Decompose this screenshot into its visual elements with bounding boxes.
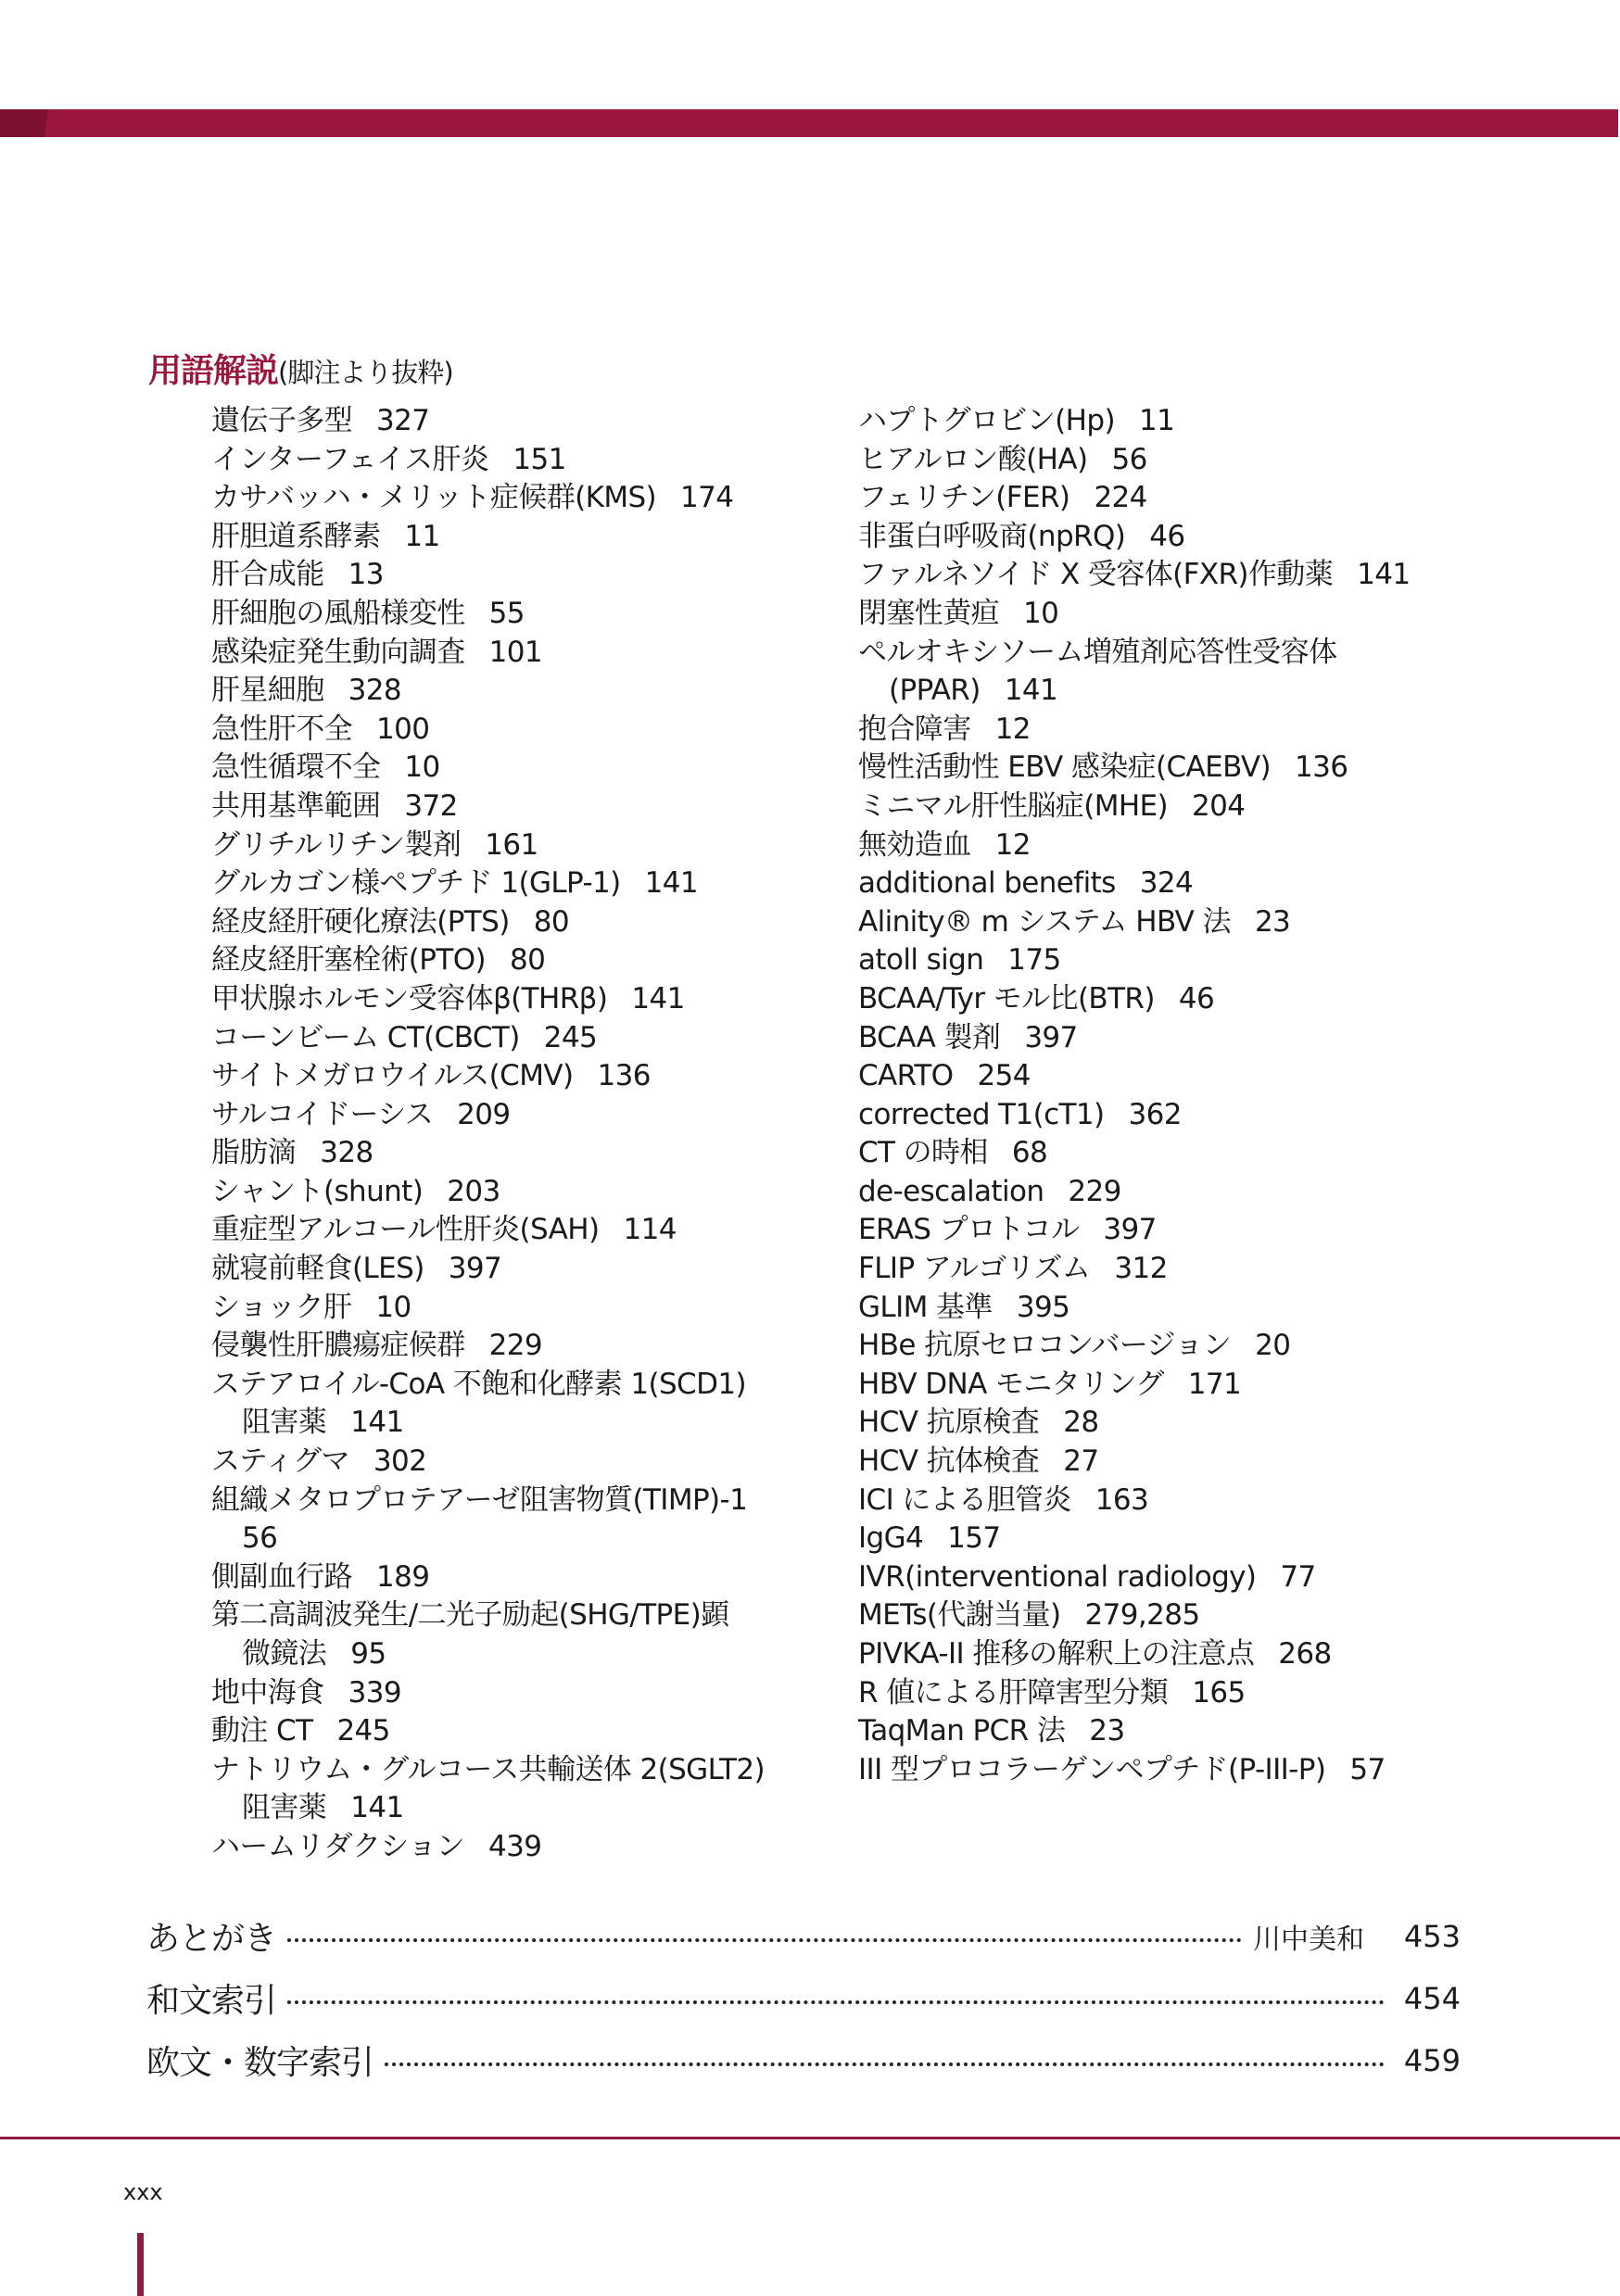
glossary-entry[interactable]: 側副血行路189 xyxy=(211,1558,842,1597)
entry-page: 157 xyxy=(947,1521,1000,1555)
dot-leader xyxy=(385,2063,1385,2066)
glossary-entry[interactable]: 侵襲性肝膿瘍症候群229 xyxy=(211,1327,842,1366)
entry-page: 395 xyxy=(1017,1291,1069,1324)
entry-term: 侵襲性肝膿瘍症候群 xyxy=(211,1329,465,1362)
glossary-entry[interactable]: de-escalation229 xyxy=(858,1173,1507,1212)
toc-page: 453 xyxy=(1396,1919,1461,1954)
entry-page: 10 xyxy=(404,751,439,784)
glossary-entry[interactable]: サルコイドーシス209 xyxy=(211,1096,842,1135)
entry-page: 141 xyxy=(350,1791,403,1824)
glossary-entry[interactable]: BCAA/Tyr モル比(BTR)46 xyxy=(858,980,1507,1019)
entry-page: 224 xyxy=(1094,481,1146,514)
glossary-entry[interactable]: グリチルリチン製剤161 xyxy=(211,826,842,865)
glossary-entry[interactable]: III 型プロコラーゲンペプチド(P-III-P)57 xyxy=(858,1751,1507,1790)
dot-leader xyxy=(287,1938,1242,1942)
toc-author: 川中美和 xyxy=(1253,1916,1364,1957)
entry-term: コーンビーム CT(CBCT) xyxy=(211,1021,520,1054)
entry-term: atoll sign xyxy=(858,943,983,977)
entry-term: METs(代謝当量) xyxy=(858,1598,1060,1632)
glossary-entry[interactable]: ICI による胆管炎163 xyxy=(858,1482,1507,1520)
entry-term: CT の時相 xyxy=(858,1136,988,1169)
entry-term: 慢性活動性 EBV 感染症(CAEBV) xyxy=(858,751,1271,784)
glossary-entry[interactable]: ミニマル肝性脳症(MHE)204 xyxy=(858,788,1507,826)
glossary-entry[interactable]: R 値による肝障害型分類165 xyxy=(858,1674,1507,1713)
glossary-entry[interactable]: HCV 抗原検査28 xyxy=(858,1404,1507,1443)
entry-term: 側副血行路 xyxy=(211,1560,352,1594)
entry-term: シャント(shunt) xyxy=(211,1175,423,1208)
glossary-entry[interactable]: 非蛋白呼吸商(npRQ)46 xyxy=(858,518,1507,557)
glossary-entry[interactable]: グルカゴン様ペプチド 1(GLP-1)141 xyxy=(211,864,842,903)
entry-term: ICI による胆管炎 xyxy=(858,1483,1071,1517)
entry-term: HCV 抗原検査 xyxy=(858,1406,1039,1439)
toc-label: あとがき xyxy=(146,1912,276,1960)
glossary-entry[interactable]: 肝胆道系酵素11 xyxy=(211,518,842,557)
entry-term: ハームリダクション xyxy=(211,1830,464,1863)
entry-continuation: 阻害薬141 xyxy=(211,1404,842,1443)
entry-term: ERAS プロトコル xyxy=(858,1213,1079,1246)
entry-page: 171 xyxy=(1188,1368,1241,1401)
entry-page: 77 xyxy=(1280,1560,1315,1594)
glossary-entry[interactable]: 就寝前軽食(LES)397 xyxy=(211,1250,842,1289)
header-bar-accent xyxy=(0,109,48,137)
entry-term: ファルネソイド X 受容体(FXR)作動薬 xyxy=(858,558,1333,591)
entry-term: スティグマ xyxy=(211,1444,349,1478)
entry-page: 114 xyxy=(624,1213,677,1246)
section-title: 用語解説 xyxy=(148,352,278,390)
entry-term: R 値による肝障害型分類 xyxy=(858,1676,1168,1709)
entry-term: PIVKA-II 推移の解釈上の注意点 xyxy=(858,1637,1254,1671)
entry-page: 327 xyxy=(376,404,429,437)
entry-term: カサバッハ・メリット症候群(KMS) xyxy=(211,481,656,514)
entry-term: サルコイドーシス xyxy=(211,1098,433,1131)
entry-term: 肝胆道系酵素 xyxy=(211,520,380,553)
section-heading: 用語解説(脚注より抜粋) xyxy=(148,345,453,392)
glossary-entry[interactable]: CT の時相68 xyxy=(858,1134,1507,1173)
entry-page: 141 xyxy=(1357,558,1410,591)
entry-page: 203 xyxy=(447,1175,500,1208)
toc-item-japanese-index[interactable]: 和文索引 454 xyxy=(146,1967,1461,2029)
entry-term: 非蛋白呼吸商(npRQ) xyxy=(858,520,1125,553)
entry-page: 339 xyxy=(348,1676,401,1709)
entry-page: 328 xyxy=(348,674,401,707)
entry-continuation: 56 xyxy=(211,1520,842,1558)
glossary-entry[interactable]: IgG4157 xyxy=(858,1520,1507,1558)
glossary-entry[interactable]: 慢性活動性 EBV 感染症(CAEBV)136 xyxy=(858,749,1507,788)
entry-page: 174 xyxy=(680,481,733,514)
entry-page: 279,285 xyxy=(1084,1598,1199,1632)
entry-term: 肝星細胞 xyxy=(211,674,324,707)
entry-page: 439 xyxy=(488,1830,541,1863)
entry-page: 101 xyxy=(489,636,542,669)
entry-term: HCV 抗体検査 xyxy=(858,1444,1039,1478)
glossary-entry[interactable]: フェリチン(FER)224 xyxy=(858,479,1507,518)
entry-term-cont: (PPAR) xyxy=(889,674,981,707)
glossary-entry[interactable]: カサバッハ・メリット症候群(KMS)174 xyxy=(211,479,842,518)
entry-page: 100 xyxy=(376,713,429,746)
entry-page: 397 xyxy=(449,1252,501,1285)
glossary-entry[interactable]: スティグマ302 xyxy=(211,1443,842,1482)
glossary-entry[interactable]: Alinity® m システム HBV 法23 xyxy=(858,903,1507,942)
entry-term: HBV DNA モニタリング xyxy=(858,1368,1164,1401)
entry-term: HBe 抗原セロコンバージョン xyxy=(858,1329,1231,1362)
glossary-entry[interactable]: 動注 CT245 xyxy=(211,1712,842,1751)
entry-continuation: (PPAR)141 xyxy=(858,672,1507,711)
glossary-entry[interactable]: ハプトグロビン(Hp)11 xyxy=(858,402,1507,441)
toc-list: あとがき 川中美和 453 和文索引 454 欧文・数字索引 459 xyxy=(146,1905,1461,2091)
entry-page: 362 xyxy=(1129,1098,1182,1131)
entry-term: 急性肝不全 xyxy=(211,713,352,746)
entry-term-cont: 阻害薬 xyxy=(242,1406,326,1439)
section-subtitle: (脚注より抜粋) xyxy=(278,357,453,388)
glossary-entry[interactable]: 無効造血12 xyxy=(858,826,1507,865)
entry-term: 経皮経肝塞栓術(PTO) xyxy=(211,943,486,977)
entry-page: 141 xyxy=(350,1406,403,1439)
entry-page: 312 xyxy=(1114,1252,1167,1285)
entry-page: 161 xyxy=(485,828,538,862)
toc-label: 和文索引 xyxy=(146,1974,276,2022)
entry-term: インターフェイス肝炎 xyxy=(211,443,488,476)
glossary-entry[interactable]: ペルオキシソーム増殖剤応答性受容体(PPAR)141 xyxy=(858,634,1507,711)
glossary-entry[interactable]: 肝細胞の風船様変性55 xyxy=(211,595,842,634)
entry-term: 感染症発生動向調査 xyxy=(211,636,465,669)
entry-term: de-escalation xyxy=(858,1175,1044,1208)
entry-term: 動注 CT xyxy=(211,1714,312,1747)
entry-page: 245 xyxy=(336,1714,389,1747)
entry-page: 27 xyxy=(1063,1444,1098,1478)
entry-page: 28 xyxy=(1063,1406,1098,1439)
footer-accent-bar xyxy=(137,2233,144,2296)
glossary-left-column: 遺伝子多型327インターフェイス肝炎151カサバッハ・メリット症候群(KMS)1… xyxy=(211,402,842,1867)
entry-term: ハプトグロビン(Hp) xyxy=(858,404,1115,437)
entry-page: 95 xyxy=(350,1637,386,1671)
entry-page: 57 xyxy=(1349,1753,1385,1786)
entry-page: 11 xyxy=(1139,404,1174,437)
entry-term: 第二高調波発生/二光子励起(SHG/TPE)顕 xyxy=(211,1598,729,1632)
entry-page: 397 xyxy=(1024,1021,1077,1054)
entry-page: 56 xyxy=(1111,443,1146,476)
entry-page: 136 xyxy=(597,1059,650,1092)
toc-page: 454 xyxy=(1396,1981,1461,2016)
entry-term: 地中海食 xyxy=(211,1676,324,1709)
glossary-right-column: ハプトグロビン(Hp)11ヒアルロン酸(HA)56フェリチン(FER)224非蛋… xyxy=(858,402,1507,1789)
entry-page: 189 xyxy=(376,1560,429,1594)
entry-page: 254 xyxy=(977,1059,1030,1092)
glossary-entry[interactable]: 肝星細胞328 xyxy=(211,672,842,711)
entry-term: 重症型アルコール性肝炎(SAH) xyxy=(211,1213,600,1246)
entry-term: 経皮経肝硬化療法(PTS) xyxy=(211,905,510,939)
entry-page: 10 xyxy=(375,1291,411,1324)
header-bar xyxy=(0,109,1618,137)
entry-term: 就寝前軽食(LES) xyxy=(211,1252,424,1285)
glossary-entry[interactable]: 組織メタロプロテアーゼ阻害物質(TIMP)-156 xyxy=(211,1482,842,1558)
glossary-entry[interactable]: インターフェイス肝炎151 xyxy=(211,441,842,480)
glossary-entry[interactable]: コーンビーム CT(CBCT)245 xyxy=(211,1019,842,1058)
entry-term: BCAA 製剤 xyxy=(858,1021,1000,1054)
entry-page: 10 xyxy=(1023,597,1058,630)
glossary-entry[interactable]: サイトメガロウイルス(CMV)136 xyxy=(211,1057,842,1096)
entry-page: 141 xyxy=(645,866,698,900)
entry-term: Alinity® m システム HBV 法 xyxy=(858,905,1231,939)
glossary-entry[interactable]: 急性肝不全100 xyxy=(211,711,842,750)
glossary-entry[interactable]: HBV DNA モニタリング171 xyxy=(858,1366,1507,1405)
entry-page: 80 xyxy=(534,905,569,939)
entry-term-cont: 阻害薬 xyxy=(242,1791,326,1824)
entry-term: IgG4 xyxy=(858,1521,923,1555)
glossary-entry[interactable]: HCV 抗体検査27 xyxy=(858,1443,1507,1482)
entry-continuation: 阻害薬141 xyxy=(211,1789,842,1828)
entry-page: 13 xyxy=(348,558,384,591)
entry-page: 141 xyxy=(631,982,684,1016)
entry-page: 229 xyxy=(489,1329,542,1362)
entry-term: ヒアルロン酸(HA) xyxy=(858,443,1087,476)
entry-page: 20 xyxy=(1255,1329,1290,1362)
entry-continuation: 微鏡法95 xyxy=(211,1635,842,1674)
entry-page: 55 xyxy=(489,597,525,630)
entry-term: additional benefits xyxy=(858,866,1116,900)
entry-term: BCAA/Tyr モル比(BTR) xyxy=(858,982,1155,1016)
glossary-entry[interactable]: ステアロイル-CoA 不飽和化酵素 1(SCD1)阻害薬141 xyxy=(211,1366,842,1443)
entry-page: 11 xyxy=(404,520,439,553)
entry-page: 136 xyxy=(1295,751,1348,784)
glossary-entry[interactable]: CARTO254 xyxy=(858,1057,1507,1096)
entry-page: 397 xyxy=(1103,1213,1156,1246)
entry-page: 68 xyxy=(1012,1136,1047,1169)
entry-page: 23 xyxy=(1255,905,1290,939)
entry-term: ペルオキシソーム増殖剤応答性受容体 xyxy=(858,636,1337,669)
entry-term: グルカゴン様ペプチド 1(GLP-1) xyxy=(211,866,621,900)
entry-page: 209 xyxy=(457,1098,510,1131)
page-number: xxx xyxy=(123,2179,163,2205)
entry-page: 80 xyxy=(510,943,545,977)
glossary-entry[interactable]: 閉塞性黄疸10 xyxy=(858,595,1507,634)
entry-page: 328 xyxy=(320,1136,373,1169)
entry-page: 12 xyxy=(995,828,1031,862)
entry-page: 141 xyxy=(1005,674,1057,707)
entry-term: CARTO xyxy=(858,1059,953,1092)
glossary-entry[interactable]: PIVKA-II 推移の解釈上の注意点268 xyxy=(858,1635,1507,1674)
entry-term: 甲状腺ホルモン受容体β(THRβ) xyxy=(211,982,607,1016)
glossary-entry[interactable]: ヒアルロン酸(HA)56 xyxy=(858,441,1507,480)
glossary-entry[interactable]: METs(代謝当量)279,285 xyxy=(858,1596,1507,1635)
glossary-entry[interactable]: additional benefits324 xyxy=(858,864,1507,903)
glossary-entry[interactable]: 甲状腺ホルモン受容体β(THRβ)141 xyxy=(211,980,842,1019)
glossary-entry[interactable]: 第二高調波発生/二光子励起(SHG/TPE)顕微鏡法95 xyxy=(211,1596,842,1673)
entry-term: ミニマル肝性脳症(MHE) xyxy=(858,789,1168,823)
entry-page: 372 xyxy=(404,789,457,823)
glossary-entry[interactable]: 経皮経肝塞栓術(PTO)80 xyxy=(211,941,842,980)
entry-term: グリチルリチン製剤 xyxy=(211,828,461,862)
dot-leader xyxy=(287,2000,1385,2004)
entry-page: 12 xyxy=(995,713,1031,746)
entry-term: 共用基準範囲 xyxy=(211,789,380,823)
glossary-entry[interactable]: 肝合成能13 xyxy=(211,556,842,595)
entry-page: 302 xyxy=(373,1444,426,1478)
glossary-entry[interactable]: FLIP アルゴリズム312 xyxy=(858,1250,1507,1289)
glossary-entry[interactable]: 経皮経肝硬化療法(PTS)80 xyxy=(211,903,842,942)
entry-term-cont: 微鏡法 xyxy=(242,1637,326,1671)
entry-term: 遺伝子多型 xyxy=(211,404,352,437)
glossary-entry[interactable]: ERAS プロトコル397 xyxy=(858,1211,1507,1250)
entry-page: 324 xyxy=(1140,866,1193,900)
entry-page: 175 xyxy=(1007,943,1060,977)
entry-term: III 型プロコラーゲンペプチド(P-III-P) xyxy=(858,1753,1325,1786)
entry-page: 229 xyxy=(1068,1175,1120,1208)
toc-item-western-index[interactable]: 欧文・数字索引 459 xyxy=(146,2029,1461,2091)
glossary-entry[interactable]: 脂肪滴328 xyxy=(211,1134,842,1173)
toc-item-afterword[interactable]: あとがき 川中美和 453 xyxy=(146,1905,1461,1967)
entry-page: 165 xyxy=(1192,1676,1245,1709)
glossary-entry[interactable]: 共用基準範囲372 xyxy=(211,788,842,826)
entry-term: ステアロイル-CoA 不飽和化酵素 1(SCD1) xyxy=(211,1368,746,1401)
entry-term: 肝合成能 xyxy=(211,558,324,591)
entry-term: 閉塞性黄疸 xyxy=(858,597,999,630)
glossary-entry[interactable]: ハームリダクション439 xyxy=(211,1828,842,1867)
entry-term: 脂肪滴 xyxy=(211,1136,296,1169)
glossary-entry[interactable]: atoll sign175 xyxy=(858,941,1507,980)
entry-page: 56 xyxy=(242,1521,277,1555)
entry-page: 268 xyxy=(1278,1637,1331,1671)
glossary-entry[interactable]: 地中海食339 xyxy=(211,1674,842,1713)
toc-label: 欧文・数字索引 xyxy=(146,2037,373,2084)
glossary-entry[interactable]: IVR(interventional radiology)77 xyxy=(858,1558,1507,1597)
entry-term: ナトリウム・グルコース共輸送体 2(SGLT2) xyxy=(211,1753,765,1786)
entry-term: 肝細胞の風船様変性 xyxy=(211,597,465,630)
glossary-entry[interactable]: 抱合障害12 xyxy=(858,711,1507,750)
entry-page: 163 xyxy=(1095,1483,1148,1517)
entry-page: 245 xyxy=(544,1021,597,1054)
entry-term: ショック肝 xyxy=(211,1291,351,1324)
entry-term: corrected T1(cT1) xyxy=(858,1098,1105,1131)
entry-page: 46 xyxy=(1179,982,1214,1016)
glossary-entry[interactable]: 重症型アルコール性肝炎(SAH)114 xyxy=(211,1211,842,1250)
footer-rule xyxy=(0,2137,1620,2139)
entry-term: IVR(interventional radiology) xyxy=(858,1560,1256,1594)
glossary-entry[interactable]: 急性循環不全10 xyxy=(211,749,842,788)
glossary-entry[interactable]: 感染症発生動向調査101 xyxy=(211,634,842,673)
entry-term: フェリチン(FER) xyxy=(858,481,1069,514)
entry-term: サイトメガロウイルス(CMV) xyxy=(211,1059,573,1092)
entry-term: 急性循環不全 xyxy=(211,751,380,784)
glossary-entry[interactable]: 遺伝子多型327 xyxy=(211,402,842,441)
glossary-entry[interactable]: GLIM 基準395 xyxy=(858,1289,1507,1328)
glossary-entry[interactable]: ショック肝10 xyxy=(211,1289,842,1328)
entry-term: FLIP アルゴリズム xyxy=(858,1252,1090,1285)
glossary-entry[interactable]: BCAA 製剤397 xyxy=(858,1019,1507,1058)
entry-term: 無効造血 xyxy=(858,828,971,862)
entry-page: 204 xyxy=(1192,789,1245,823)
glossary-entry[interactable]: TaqMan PCR 法23 xyxy=(858,1712,1507,1751)
entry-page: 151 xyxy=(513,443,565,476)
glossary-entry[interactable]: ファルネソイド X 受容体(FXR)作動薬141 xyxy=(858,556,1507,595)
entry-term: GLIM 基準 xyxy=(858,1291,993,1324)
entry-term: 組織メタロプロテアーゼ阻害物質(TIMP)-1 xyxy=(211,1483,747,1517)
entry-page: 46 xyxy=(1149,520,1184,553)
toc-page: 459 xyxy=(1396,2043,1461,2078)
glossary-entry[interactable]: シャント(shunt)203 xyxy=(211,1173,842,1212)
glossary-entry[interactable]: ナトリウム・グルコース共輸送体 2(SGLT2)阻害薬141 xyxy=(211,1751,842,1828)
entry-page: 23 xyxy=(1089,1714,1124,1747)
glossary-entry[interactable]: corrected T1(cT1)362 xyxy=(858,1096,1507,1135)
glossary-entry[interactable]: HBe 抗原セロコンバージョン20 xyxy=(858,1327,1507,1366)
entry-term: 抱合障害 xyxy=(858,713,971,746)
entry-term: TaqMan PCR 法 xyxy=(858,1714,1065,1747)
